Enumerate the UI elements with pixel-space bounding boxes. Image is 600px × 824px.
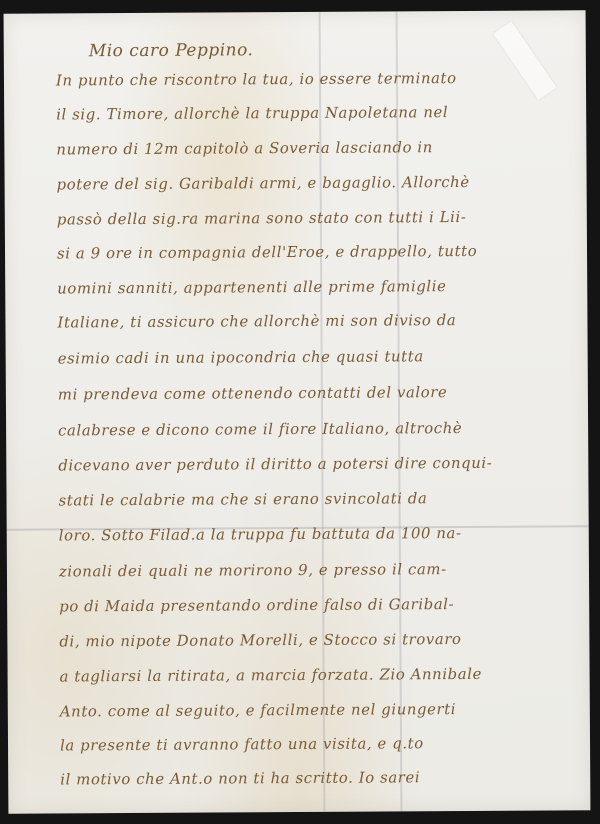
text-line: uomini sanniti, appartenenti alle prime … xyxy=(57,276,572,297)
text-line: il motivo che Ant.o non ti ha scritto. I… xyxy=(60,767,575,788)
text-line: zionali dei quali ne morirono 9, e press… xyxy=(59,559,574,580)
text-line: dicevano aver perduto il diritto a poter… xyxy=(58,453,573,474)
salutation: Mio caro Peppino. xyxy=(89,40,254,61)
text-line: Italiane, ti assicuro che allorchè mi so… xyxy=(57,310,572,331)
text-line: In punto che riscontro la tua, io essere… xyxy=(56,68,571,89)
text-line: loro. Sotto Filad.a la truppa fu battuta… xyxy=(59,523,574,544)
text-line: passò della sig.ra marina sono stato con… xyxy=(57,207,572,228)
text-line: il sig. Timore, allorchè la truppa Napol… xyxy=(56,102,571,123)
text-line: potere del sig. Garibaldi armi, e bagagl… xyxy=(57,172,572,193)
text-line: la presente ti avranno fatto una visita,… xyxy=(60,733,575,754)
text-line: Anto. come al seguito, e facilmente nel … xyxy=(60,699,575,720)
text-line: a tagliarsi la ritirata, a marcia forzat… xyxy=(60,664,575,685)
text-line: esimio cadi in una ipocondria che quasi … xyxy=(58,346,573,367)
text-line: stati le calabrie ma che si erano svinco… xyxy=(58,488,573,509)
text-line: po di Maida presentando ordine falso di … xyxy=(59,594,574,615)
letter-page: Mio caro Peppino. In punto che riscontro… xyxy=(4,10,591,814)
text-line: si a 9 ore in compagnia dell'Eroe, e dra… xyxy=(57,241,572,262)
handwritten-text: Mio caro Peppino. In punto che riscontro… xyxy=(4,10,591,814)
text-line: calabrese e dicono come il fiore Italian… xyxy=(58,418,573,439)
text-line: numero di 12m capitolò a Soveria lascian… xyxy=(56,137,571,158)
text-line: mi prendeva come ottenendo contatti del … xyxy=(58,382,573,403)
text-line: di, mio nipote Donato Morelli, e Stocco … xyxy=(59,629,574,650)
